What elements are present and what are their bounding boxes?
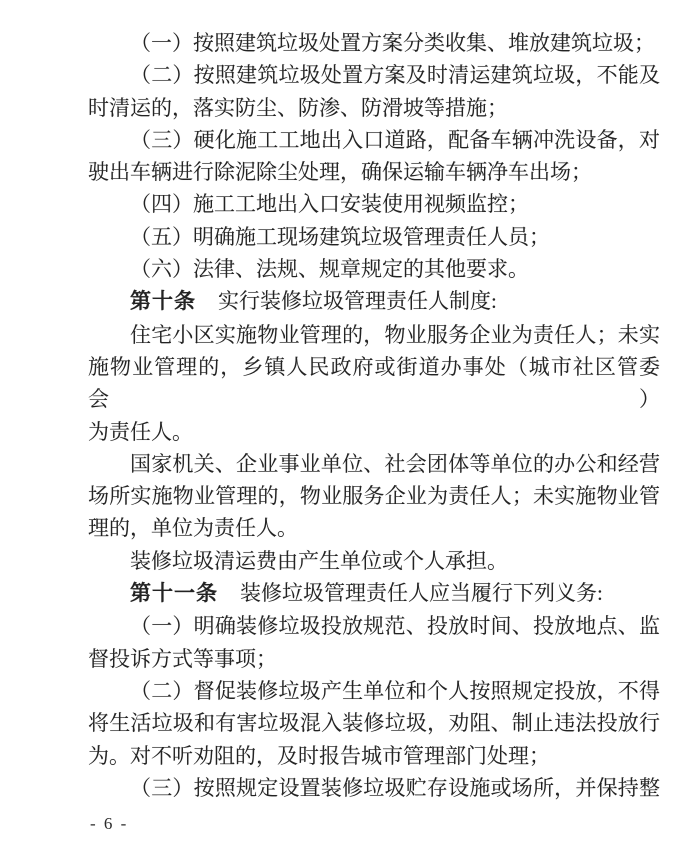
clause-item: （六）法律、法规、规章规定的其他要求。: [88, 253, 660, 285]
clause-item: （四）施工工地出入口安装使用视频监控；: [88, 188, 660, 220]
text-line: （三）硬化施工工地出入口道路，配备车辆冲洗设备，对: [88, 124, 660, 156]
text-line: 时清运的，落实防尘、防渗、防滑坡等措施；: [88, 92, 660, 124]
text-line: 理的，单位为责任人。: [88, 512, 660, 544]
text-line: （二）按照建筑垃圾处置方案及时清运建筑垃圾，不能及: [88, 59, 660, 91]
clause-item: （二）督促装修垃圾产生单位和个人按照规定投放，不得将生活垃圾和有害垃圾混入装修垃…: [88, 675, 660, 772]
article-number-bold: 第十条: [130, 290, 196, 313]
text-line: （四）施工工地出入口安装使用视频监控；: [88, 188, 660, 220]
document-page: （一）按照建筑垃圾处置方案分类收集、堆放建筑垃圾；（二）按照建筑垃圾处置方案及时…: [0, 0, 700, 856]
clause-item: （三）硬化施工工地出入口道路，配备车辆冲洗设备，对驶出车辆进行除泥除尘处理，确保…: [88, 124, 660, 189]
text-line: （五）明确施工现场建筑垃圾管理责任人员；: [88, 221, 660, 253]
clause-item: （三）按照规定设置装修垃圾贮存设施或场所，并保持整: [88, 772, 660, 804]
article-heading: 第十条实行装修垃圾管理责任人制度:: [88, 285, 660, 318]
text-line: 装修垃圾清运费由产生单位或个人承担。: [88, 545, 660, 577]
text-line: 为责任人。: [88, 416, 660, 448]
text-line: （一）按照建筑垃圾处置方案分类收集、堆放建筑垃圾；: [88, 27, 660, 59]
text-line: 驶出车辆进行除泥除尘处理，确保运输车辆净车出场；: [88, 156, 660, 188]
text-line: 施物业管理的，乡镇人民政府或街道办事处（城市社区管委会）: [88, 351, 660, 416]
clause-item: （二）按照建筑垃圾处置方案及时清运建筑垃圾，不能及时清运的，落实防尘、防渗、防滑…: [88, 59, 660, 124]
page-number: - 6 -: [90, 814, 128, 834]
article-title-text: 装修垃圾管理责任人应当履行下列义务:: [240, 581, 603, 605]
document-body: （一）按照建筑垃圾处置方案分类收集、堆放建筑垃圾；（二）按照建筑垃圾处置方案及时…: [88, 27, 660, 804]
text-line: （二）督促装修垃圾产生单位和个人按照规定投放，不得: [88, 675, 660, 707]
text-line: （六）法律、法规、规章规定的其他要求。: [88, 253, 660, 285]
text-line: 住宅小区实施物业管理的，物业服务企业为责任人；未实: [88, 319, 660, 351]
text-line: 国家机关、企业事业单位、社会团体等单位的办公和经营: [88, 448, 660, 480]
text-line: （一）明确装修垃圾投放规范、投放时间、投放地点、监: [88, 610, 660, 642]
clause-item: （五）明确施工现场建筑垃圾管理责任人员；: [88, 221, 660, 253]
text-line: （三）按照规定设置装修垃圾贮存设施或场所，并保持整: [88, 772, 660, 804]
text-line: 第十条实行装修垃圾管理责任人制度:: [88, 285, 660, 318]
article-title-text: 实行装修垃圾管理责任人制度:: [218, 289, 497, 313]
body-paragraph: 装修垃圾清运费由产生单位或个人承担。: [88, 545, 660, 577]
text-line: 为。对不听劝阻的，及时报告城市管理部门处理；: [88, 740, 660, 772]
clause-item: （一）按照建筑垃圾处置方案分类收集、堆放建筑垃圾；: [88, 27, 660, 59]
text-line: 第十一条装修垃圾管理责任人应当履行下列义务:: [88, 577, 660, 610]
article-number-bold: 第十一条: [130, 582, 218, 605]
text-line: 督投诉方式等事项；: [88, 643, 660, 675]
text-line: 场所实施物业管理的，物业服务企业为责任人；未实施物业管: [88, 480, 660, 512]
article-heading: 第十一条装修垃圾管理责任人应当履行下列义务:: [88, 577, 660, 610]
body-paragraph: 住宅小区实施物业管理的，物业服务企业为责任人；未实施物业管理的，乡镇人民政府或街…: [88, 319, 660, 448]
clause-item: （一）明确装修垃圾投放规范、投放时间、投放地点、监督投诉方式等事项；: [88, 610, 660, 675]
body-paragraph: 国家机关、企业事业单位、社会团体等单位的办公和经营场所实施物业管理的，物业服务企…: [88, 448, 660, 545]
text-line: 将生活垃圾和有害垃圾混入装修垃圾，劝阻、制止违法投放行: [88, 707, 660, 739]
